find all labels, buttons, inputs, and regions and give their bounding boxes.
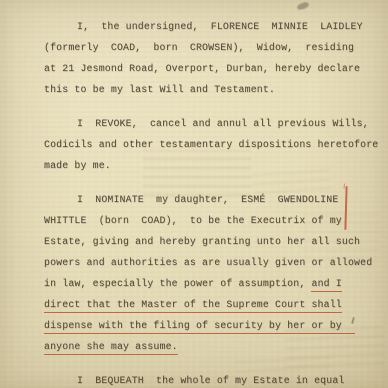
text-line: anyone she may assume. <box>44 336 368 357</box>
red-underlined-text: direct that the Master of the Supreme Co… <box>44 299 342 313</box>
red-underlined-text: dispense with the filing of security by … <box>44 320 355 334</box>
document-text: I, the undersigned, FLORENCE MINNIE LAID… <box>44 0 368 388</box>
red-underlined-text: and I <box>311 278 341 292</box>
text-segment: at 21 Jesmond Road, Overport, Durban, he… <box>44 63 360 74</box>
text-segment: (formerly COAD, born CROWSEN), Widow, re… <box>44 42 354 53</box>
text-segment: I, the undersigned, FLORENCE MINNIE LAID… <box>77 21 363 32</box>
text-line: this to be my last Will and Testament. <box>44 79 368 100</box>
text-line: powers and authorities as are usually gi… <box>44 252 368 273</box>
paragraph-revocation: I REVOKE, cancel and annul all previous … <box>44 113 368 176</box>
text-line: I NOMINATE my daughter, ESMÉ GWENDOLINE <box>44 189 368 210</box>
text-line: made by me. <box>44 155 368 176</box>
text-line: I BEQUEATH the whole of my Estate in equ… <box>44 370 368 388</box>
paragraph-nomination: I NOMINATE my daughter, ESMÉ GWENDOLINEW… <box>44 189 368 357</box>
text-line: dispense with the filing of security by … <box>44 315 368 336</box>
text-segment: in law, especially the power of assumpti… <box>44 278 311 289</box>
text-segment: Estate, giving and hereby granting unto … <box>44 236 360 247</box>
text-line: direct that the Master of the Supreme Co… <box>44 294 368 315</box>
text-segment: powers and authorities as are usually gi… <box>44 257 372 268</box>
red-underlined-text: anyone she may assume. <box>44 341 178 355</box>
text-line: in law, especially the power of assumpti… <box>44 273 368 294</box>
paragraph-declaration: I, the undersigned, FLORENCE MINNIE LAID… <box>44 16 368 100</box>
text-line: at 21 Jesmond Road, Overport, Durban, he… <box>44 58 368 79</box>
text-line: Codicils and other testamentary disposit… <box>44 134 368 155</box>
text-segment: I NOMINATE my daughter, ESMÉ GWENDOLINE <box>77 194 338 205</box>
text-line: Estate, giving and hereby granting unto … <box>44 231 368 252</box>
text-segment: I REVOKE, cancel and annul all previous … <box>77 118 369 129</box>
text-segment: I BEQUEATH the whole of my Estate in equ… <box>77 375 344 386</box>
text-segment: made by me. <box>44 160 111 171</box>
text-segment: WHITTLE (born COAD), to be the Executrix… <box>44 215 342 226</box>
text-line: WHITTLE (born COAD), to be the Executrix… <box>44 210 368 231</box>
text-line: (formerly COAD, born CROWSEN), Widow, re… <box>44 37 368 58</box>
scanned-will-page: { "page": { "paper_color": "#e6dcb7", "i… <box>0 0 388 388</box>
text-line: I, the undersigned, FLORENCE MINNIE LAID… <box>44 16 368 37</box>
text-segment: this to be my last Will and Testament. <box>44 84 275 95</box>
text-line: I REVOKE, cancel and annul all previous … <box>44 113 368 134</box>
text-segment: Codicils and other testamentary disposit… <box>44 139 378 150</box>
paragraph-bequest: I BEQUEATH the whole of my Estate in equ… <box>44 370 368 388</box>
